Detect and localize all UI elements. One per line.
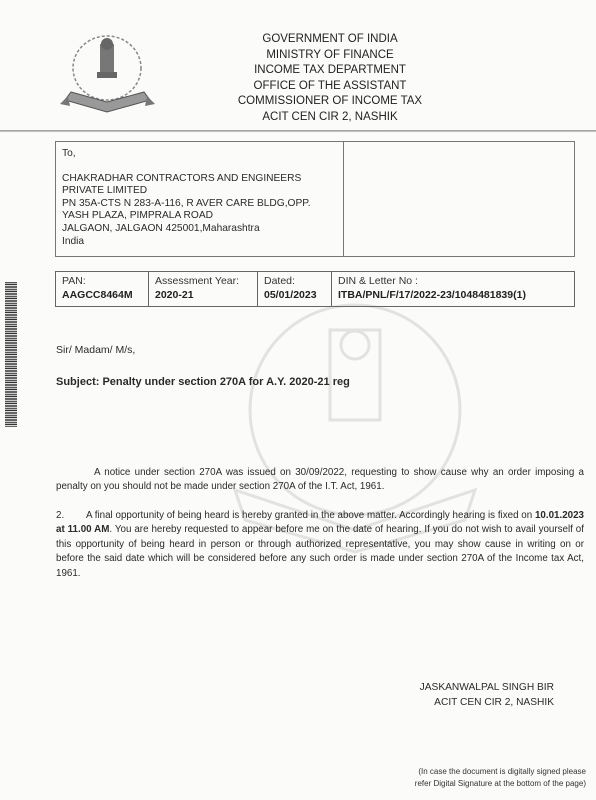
letterhead: GOVERNMENT OF INDIA MINISTRY OF FINANCE … bbox=[200, 32, 460, 126]
header-line: COMMISSIONER OF INCOME TAX bbox=[200, 94, 460, 110]
digital-signature-note: (In case the document is digitally signe… bbox=[415, 766, 586, 790]
addressee-box: To, CHAKRADHAR CONTRACTORS AND ENGINEERS… bbox=[55, 141, 575, 257]
pan-label: PAN: bbox=[62, 275, 142, 288]
din-value: ITBA/PNL/F/17/2022-23/1048481839(1) bbox=[338, 288, 568, 302]
dated-value: 05/01/2023 bbox=[264, 288, 325, 302]
header-line: OFFICE OF THE ASSISTANT bbox=[200, 79, 460, 95]
note-line: (In case the document is digitally signe… bbox=[415, 766, 586, 778]
address-line: JALGAON, JALGAON 425001,Maharashtra bbox=[62, 223, 311, 236]
address-line: YASH PLAZA, PIMPRALA ROAD bbox=[62, 210, 311, 223]
signatory-designation: ACIT CEN CIR 2, NASHIK bbox=[420, 695, 554, 710]
income-tax-emblem-icon bbox=[60, 30, 155, 118]
dated-cell: Dated: 05/01/2023 bbox=[258, 272, 332, 306]
address-line: PN 35A-CTS N 283-A-116, R AVER CARE BLDG… bbox=[62, 198, 311, 211]
header-line: INCOME TAX DEPARTMENT bbox=[200, 63, 460, 79]
assessment-year-cell: Assessment Year: 2020-21 bbox=[149, 272, 258, 306]
header-divider bbox=[0, 130, 596, 132]
addressee: To, CHAKRADHAR CONTRACTORS AND ENGINEERS… bbox=[62, 148, 311, 248]
address-line: PRIVATE LIMITED bbox=[62, 185, 311, 198]
dated-label: Dated: bbox=[264, 275, 325, 288]
signature-block: JASKANWALPAL SINGH BIR ACIT CEN CIR 2, N… bbox=[420, 680, 554, 710]
din-cell: DIN & Letter No : ITBA/PNL/F/17/2022-23/… bbox=[332, 272, 574, 306]
barcode bbox=[5, 282, 17, 427]
header-line: MINISTRY OF FINANCE bbox=[200, 48, 460, 64]
address-line: India bbox=[62, 236, 311, 249]
paragraph-2-text-1: A final opportunity of being heard is he… bbox=[86, 510, 535, 521]
address-line: CHAKRADHAR CONTRACTORS AND ENGINEERS bbox=[62, 173, 311, 186]
paragraph-number: 2. bbox=[56, 509, 86, 523]
note-line: refer Digital Signature at the bottom of… bbox=[415, 778, 586, 790]
paragraph-1: A notice under section 270A was issued o… bbox=[56, 466, 584, 495]
box-divider bbox=[343, 142, 344, 256]
pan-cell: PAN: AAGCC8464M bbox=[56, 272, 149, 306]
assessment-year-value: 2020-21 bbox=[155, 288, 251, 302]
pan-value: AAGCC8464M bbox=[62, 288, 142, 302]
assessment-year-label: Assessment Year: bbox=[155, 275, 251, 288]
din-label: DIN & Letter No : bbox=[338, 275, 568, 288]
addressee-to: To, bbox=[62, 148, 311, 161]
info-table: PAN: AAGCC8464M Assessment Year: 2020-21… bbox=[55, 271, 575, 307]
subject: Subject: Penalty under section 270A for … bbox=[56, 376, 350, 388]
signatory-name: JASKANWALPAL SINGH BIR bbox=[420, 680, 554, 695]
salutation: Sir/ Madam/ M/s, bbox=[56, 344, 135, 356]
header-line: ACIT CEN CIR 2, NASHIK bbox=[200, 110, 460, 126]
header-line: GOVERNMENT OF INDIA bbox=[200, 32, 460, 48]
paragraph-2: 2.A final opportunity of being heard is … bbox=[56, 509, 584, 581]
paragraph-2-text-2: . You are hereby requested to appear bef… bbox=[56, 524, 584, 578]
